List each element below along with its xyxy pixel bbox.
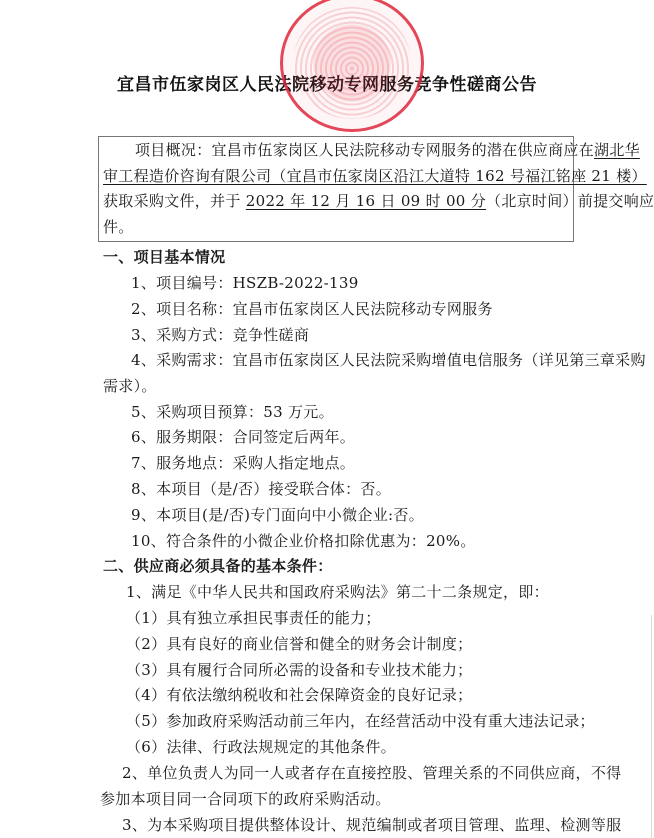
section1-item: 4、采购需求：宜昌市伍家岗区人民法院采购增值电信服务（详见第三章采购 xyxy=(131,350,646,370)
section2-item: 2、单位负责人为同一人或者存在直接控股、管理关系的不同供应商，不得 xyxy=(122,763,621,783)
document-title: 宜昌市伍家岗区人民法院移动专网服务竞争性磋商公告 xyxy=(0,70,654,95)
overview-text: 项目概况：宜昌市伍家岗区人民法院移动专网服务的潜在供应商应在 xyxy=(135,141,594,159)
section1-heading: 一、项目基本情况 xyxy=(103,247,225,267)
section1-item: 6、服务期限：合同签定后两年。 xyxy=(131,427,355,447)
section2-subitem: （1）具有独立承担民事责任的能力； xyxy=(126,608,381,628)
section2-subitem: （4）有依法缴纳税收和社会保障资金的良好记录； xyxy=(126,685,472,705)
section1-item: 10、符合条件的小微企业价格扣除优惠为：20%。 xyxy=(131,531,476,551)
section1-item: 2、项目名称：宜昌市伍家岗区人民法院移动专网服务 xyxy=(131,299,493,319)
section2-item-continuation: 参加本项目同一合同项下的政府采购活动。 xyxy=(100,789,391,809)
section2-item: 3、为本采购项目提供整体设计、规范编制或者项目管理、监理、检测等服 xyxy=(122,815,621,835)
overview-text: 获取采购文件，并于 xyxy=(103,192,246,210)
overview-line-2: 审工程造价咨询有限公司（宜昌市伍家岗区沿江大道特 162 号福江铭座 21 楼） xyxy=(103,166,647,186)
seal-texture xyxy=(293,7,411,119)
agency-name-underlined: 湖北华 xyxy=(594,141,640,159)
section1-item: 3、采购方式：竞争性磋商 xyxy=(131,325,309,345)
section2-subitem: （5）参加政府采购活动前三年内，在经营活动中没有重大违法记录； xyxy=(126,711,595,731)
overview-line-4: 件。 xyxy=(103,217,134,237)
section2-subitem: （3）具有履行合同所必需的设备和专业技术能力； xyxy=(126,660,472,680)
agency-address-underlined: 审工程造价咨询有限公司（宜昌市伍家岗区沿江大道特 162 号福江铭座 21 楼） xyxy=(103,167,647,185)
section1-item: 8、本项目（是/否）接受联合体：否。 xyxy=(131,479,391,499)
deadline-underlined: 2022 年 12 月 16 日 09 时 00 分 xyxy=(246,192,486,210)
overview-line-1: 项目概况：宜昌市伍家岗区人民法院移动专网服务的潜在供应商应在湖北华 xyxy=(135,140,640,160)
section1-item: 9、本项目(是/否)专门面向中小微企业:否。 xyxy=(131,505,424,525)
section2-subitem: （6）法律、行政法规规定的其他条件。 xyxy=(126,737,396,757)
section1-item-continuation: 需求）。 xyxy=(103,376,157,396)
scan-edge-line xyxy=(651,615,652,838)
section2-subitem: （2）具有良好的商业信誉和健全的财务会计制度； xyxy=(126,634,472,654)
section2-item: 1、满足《中华人民共和国政府采购法》第二十二条规定，即： xyxy=(126,582,549,602)
section1-item: 5、采购项目预算：53 万元。 xyxy=(131,402,334,422)
section1-item: 7、服务地点：采购人指定地点。 xyxy=(131,453,355,473)
overview-line-3: 获取采购文件，并于 2022 年 12 月 16 日 09 时 00 分（北京时… xyxy=(103,191,654,211)
overview-text: （北京时间）前提交响应文 xyxy=(486,192,654,210)
official-seal-stamp: 宜昌市伍家岗区人民法院 xyxy=(280,0,424,132)
document-page: 宜昌市伍家岗区人民法院 宜昌市伍家岗区人民法院移动专网服务竞争性磋商公告 项目概… xyxy=(0,0,654,838)
section2-heading: 二、供应商必须具备的基本条件： xyxy=(103,556,333,576)
section1-item: 1、项目编号：HSZB-2022-139 xyxy=(131,273,359,293)
